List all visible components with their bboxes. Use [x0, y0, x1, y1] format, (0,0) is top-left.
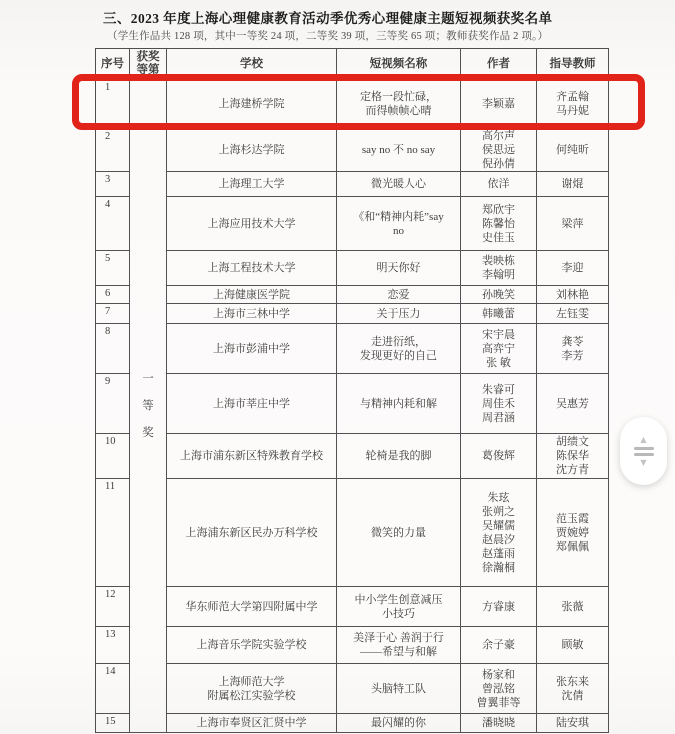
school-cell: 上海市奉贤区汇贤中学 [167, 714, 337, 733]
row-number: 13 [96, 627, 130, 664]
column-header-teacher: 指导教师 [537, 49, 609, 80]
video-title-cell: 走进衍纸， 发现更好的自己 [337, 324, 461, 374]
teacher-cell: 顾敏 [537, 627, 609, 664]
author-cell: 余子豪 [461, 627, 537, 664]
scroll-up-icon[interactable]: ▲ [640, 436, 646, 444]
document-page: 三、2023 年度上海心理健康教育活动季优秀心理健康主题短视频获奖名单 （学生作… [0, 0, 675, 734]
author-cell: 高尔声 侯思远 倪孙倩 [461, 129, 537, 172]
video-title-cell: 微光暖人心 [337, 172, 461, 197]
row-number: 14 [96, 664, 130, 714]
video-title-cell: 关于压力 [337, 304, 461, 324]
awards-table: 序号获奖等第学校短视频名称作者指导教师一等奖1上海建桥学院定格一段忙碌， 而得帧… [95, 48, 609, 733]
column-header-award: 获奖等第 [130, 49, 167, 80]
teacher-cell: 龚苓 李芳 [537, 324, 609, 374]
row-number: 9 [96, 374, 130, 434]
scroll-handle-bar [634, 453, 654, 456]
page-subtitle: （学生作品共 128 项，其中一等奖 24 项，二等奖 39 项，三等奖 65 … [107, 28, 548, 43]
school-cell: 上海浦东新区民办万科学校 [167, 479, 337, 587]
video-title-cell: 中小学生创意减压 小技巧 [337, 587, 461, 627]
scroll-handle-bar [634, 447, 654, 450]
author-cell: 郑欣宇 陈馨怡 史佳玉 [461, 197, 537, 251]
row-number: 10 [96, 434, 130, 479]
row-number: 4 [96, 197, 130, 251]
school-cell: 上海师范大学 附属松江实验学校 [167, 664, 337, 714]
scroll-down-icon[interactable]: ▼ [640, 459, 646, 467]
award-level-cell: 一等奖 [130, 80, 167, 733]
author-cell: 杨家和 曾泓铭 曾翼菲等 [461, 664, 537, 714]
teacher-cell: 齐孟翰 马丹妮 [537, 80, 609, 129]
video-title-cell: say no 不 no say [337, 129, 461, 172]
teacher-cell: 李迎 [537, 251, 609, 286]
video-title-cell: 《和“精神内耗”say no [337, 197, 461, 251]
teacher-cell: 吴惠芳 [537, 374, 609, 434]
video-title-cell: 微笑的力量 [337, 479, 461, 587]
school-cell: 上海工程技术大学 [167, 251, 337, 286]
author-cell: 朱玹 张朔之 吴耀儒 赵晨汐 赵蓬雨 徐瀚桐 [461, 479, 537, 587]
row-number: 6 [96, 286, 130, 304]
teacher-cell: 张东来 沈倩 [537, 664, 609, 714]
column-header-school: 学校 [167, 49, 337, 80]
row-number: 7 [96, 304, 130, 324]
teacher-cell: 刘林艳 [537, 286, 609, 304]
school-cell: 上海建桥学院 [167, 80, 337, 129]
teacher-cell: 谢焜 [537, 172, 609, 197]
school-cell: 上海音乐学院实验学校 [167, 627, 337, 664]
school-cell: 上海市彭浦中学 [167, 324, 337, 374]
video-title-cell: 头脑特工队 [337, 664, 461, 714]
video-title-cell: 最闪耀的你 [337, 714, 461, 733]
author-cell: 李颖嘉 [461, 80, 537, 129]
author-cell: 宋宇晨 高弈宁 张 敏 [461, 324, 537, 374]
row-number: 12 [96, 587, 130, 627]
school-cell: 上海健康医学院 [167, 286, 337, 304]
video-title-cell: 与精神内耗和解 [337, 374, 461, 434]
school-cell: 上海市浦东新区特殊教育学校 [167, 434, 337, 479]
teacher-cell: 张薇 [537, 587, 609, 627]
school-cell: 上海市三林中学 [167, 304, 337, 324]
school-cell: 华东师范大学第四附属中学 [167, 587, 337, 627]
column-header-author: 作者 [461, 49, 537, 80]
video-title-cell: 明天你好 [337, 251, 461, 286]
video-title-cell: 轮椅是我的脚 [337, 434, 461, 479]
author-cell: 潘晓晓 [461, 714, 537, 733]
teacher-cell: 胡绩文 陈保华 沈方青 [537, 434, 609, 479]
teacher-cell: 左钰雯 [537, 304, 609, 324]
row-number: 11 [96, 479, 130, 587]
row-number: 8 [96, 324, 130, 374]
author-cell: 朱睿可 周佳禾 周君涵 [461, 374, 537, 434]
video-title-cell: 美泽于心 善润于行 ——希望与和解 [337, 627, 461, 664]
school-cell: 上海应用技术大学 [167, 197, 337, 251]
author-cell: 葛俊辉 [461, 434, 537, 479]
school-cell: 上海杉达学院 [167, 129, 337, 172]
row-number: 1 [96, 80, 130, 129]
row-number: 5 [96, 251, 130, 286]
author-cell: 孙晚笑 [461, 286, 537, 304]
row-number: 2 [96, 129, 130, 172]
column-header-video: 短视频名称 [337, 49, 461, 80]
teacher-cell: 范玉霞 贾婉婷 郑佩佩 [537, 479, 609, 587]
teacher-cell: 梁萍 [537, 197, 609, 251]
row-number: 3 [96, 172, 130, 197]
author-cell: 方睿康 [461, 587, 537, 627]
column-header-no: 序号 [96, 49, 130, 80]
page-title: 三、2023 年度上海心理健康教育活动季优秀心理健康主题短视频获奖名单 [103, 7, 552, 27]
scroll-handle[interactable]: ▲ ▼ [620, 417, 667, 485]
school-cell: 上海市莘庄中学 [167, 374, 337, 434]
teacher-cell: 陆安琪 [537, 714, 609, 733]
video-title-cell: 恋爱 [337, 286, 461, 304]
author-cell: 裴映栋 李翰明 [461, 251, 537, 286]
video-title-cell: 定格一段忙碌， 而得帧帧心晴 [337, 80, 461, 129]
row-number: 15 [96, 714, 130, 733]
author-cell: 韩曦蕾 [461, 304, 537, 324]
school-cell: 上海理工大学 [167, 172, 337, 197]
author-cell: 依洋 [461, 172, 537, 197]
teacher-cell: 何纯昕 [537, 129, 609, 172]
